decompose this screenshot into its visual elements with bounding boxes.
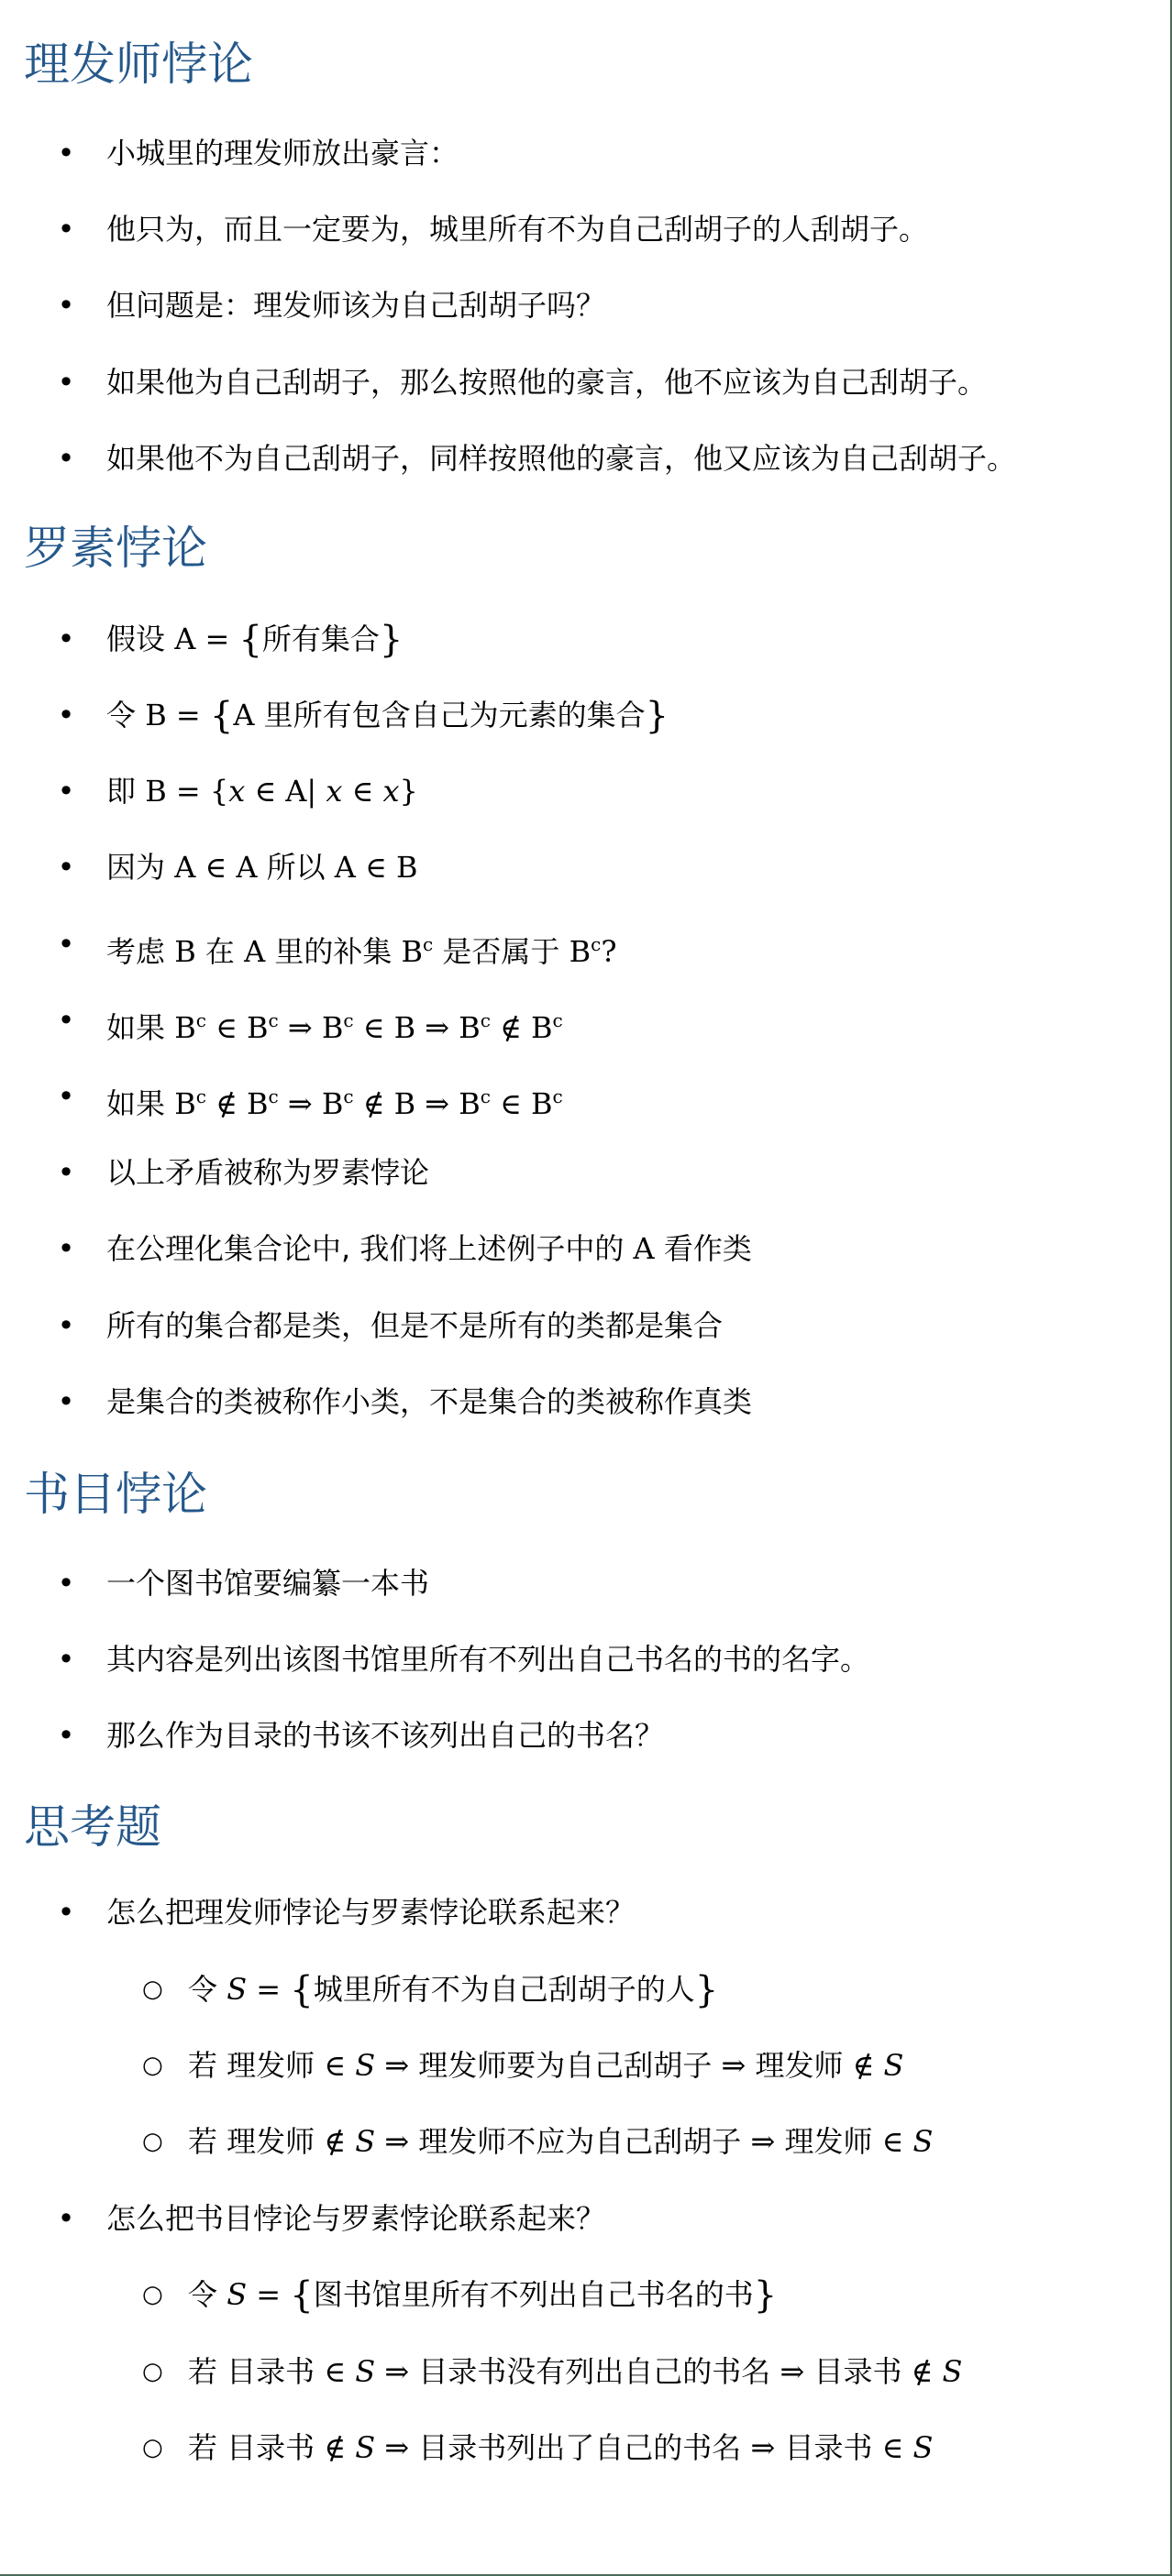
- list-item: 一个图书馆要编纂一本书: [106, 1565, 429, 1602]
- text-segment: 在: [205, 934, 244, 969]
- math-segment: A ∈ B: [335, 850, 418, 885]
- math-segment: S: [884, 2048, 904, 2083]
- math-segment: ∈: [882, 2124, 913, 2159]
- text-segment: 目录书: [784, 2430, 881, 2465]
- text-segment: 所以: [267, 850, 335, 885]
- math-segment: S: [913, 2430, 934, 2465]
- math-segment: ∈: [342, 774, 382, 809]
- section-heading: 书目悖论: [24, 1467, 207, 1522]
- bullet-circle-icon: ○: [142, 2047, 160, 2084]
- text-segment: 若 理发师: [188, 2124, 324, 2159]
- math-segment: ∉ B: [206, 1086, 269, 1121]
- text-segment: 理发师要为自己刮胡子: [418, 2048, 721, 2083]
- math-segment: ⇒: [721, 2048, 755, 2083]
- bullet-disc-icon: •: [57, 1078, 75, 1115]
- math-segment: ⇒: [375, 2048, 418, 2083]
- math-segment: S: [913, 2124, 934, 2159]
- math-segment: B: [402, 934, 424, 969]
- list-item: 如果他不为自己刮胡子，同样按照他的豪言，他又应该为自己刮胡子。: [106, 440, 1016, 477]
- math-segment: }: [695, 1969, 718, 2011]
- text-segment: 即: [106, 774, 145, 809]
- text-segment: 令: [106, 698, 145, 732]
- math-segment: ⇒ B: [279, 1086, 344, 1121]
- math-segment: c: [196, 1085, 206, 1107]
- list-item: 所有的集合都是类，但是不是所有的类都是集合: [106, 1307, 723, 1344]
- sub-list-item: 令 S = {图书馆里所有不列出自己书名的书}: [188, 2276, 777, 2314]
- math-segment: A ∈ A: [174, 850, 266, 885]
- math-segment: ∈ B ⇒ B: [354, 1010, 481, 1045]
- math-segment: B: [174, 1010, 196, 1045]
- math-segment: A: [634, 1231, 664, 1266]
- text-segment: 所有的集合都是类，但是不是所有的类都是集合: [106, 1308, 723, 1343]
- list-item: 即 B = {x ∈ A| x ∈ x}: [106, 773, 418, 809]
- math-segment: x: [382, 774, 399, 809]
- sub-list-item: 若 理发师 ∉ S ⇒ 理发师不应为自己刮胡子 ⇒ 理发师 ∈ S: [188, 2123, 933, 2160]
- list-item: 如果 Bc ∈ Bc ⇒ Bc ∈ B ⇒ Bc ∉ Bc: [106, 1002, 563, 1046]
- list-item: 小城里的理发师放出豪言：: [106, 135, 459, 171]
- list-item: 考虑 B 在 A 里的补集 Bc 是否属于 Bc?: [106, 926, 616, 970]
- math-segment: ⇒ B: [279, 1010, 344, 1045]
- math-segment: ∉ B: [491, 1010, 553, 1045]
- list-item: 怎么把书目悖论与罗素悖论联系起来？: [106, 2200, 605, 2237]
- text-segment: 一个图书馆要编纂一本书: [106, 1566, 429, 1601]
- list-item: 以上矛盾被称为罗素悖论: [106, 1154, 429, 1191]
- math-segment: c: [591, 933, 601, 955]
- text-segment: 目录书: [813, 2354, 911, 2389]
- bullet-disc-icon: •: [57, 1383, 75, 1420]
- bullet-circle-icon: ○: [142, 1971, 160, 2008]
- math-segment: B =: [145, 698, 210, 732]
- math-segment: {: [290, 2274, 313, 2317]
- math-segment: ⇒: [779, 2354, 813, 2389]
- text-segment: 但问题是：理发师该为自己刮胡子吗？: [106, 288, 605, 323]
- list-item: 那么作为目录的书该不该列出自己的书名？: [106, 1717, 664, 1754]
- math-segment: B = {: [145, 774, 228, 809]
- text-segment: 他只为，而且一定要为，城里所有不为自己刮胡子的人刮胡子。: [106, 212, 928, 247]
- math-segment: ?: [601, 934, 616, 969]
- text-segment: 在公理化集合论中, 我们将上述例子中的: [106, 1231, 634, 1266]
- bullet-disc-icon: •: [57, 440, 75, 477]
- text-segment: 所有集合: [262, 622, 380, 656]
- bullet-disc-icon: •: [57, 621, 75, 657]
- math-segment: ∈: [882, 2430, 913, 2465]
- bullet-disc-icon: •: [57, 364, 75, 401]
- math-segment: {: [238, 619, 261, 661]
- math-segment: x: [326, 774, 342, 809]
- math-segment: c: [196, 1009, 206, 1031]
- text-segment: 城里所有不为自己刮胡子的人: [314, 1972, 695, 2007]
- bullet-disc-icon: •: [57, 1230, 75, 1267]
- text-segment: 令: [188, 2277, 227, 2312]
- sub-list-item: 若 理发师 ∈ S ⇒ 理发师要为自己刮胡子 ⇒ 理发师 ∉ S: [188, 2047, 903, 2084]
- sub-list-item: 若 目录书 ∉ S ⇒ 目录书列出了自己的书名 ⇒ 目录书 ∈ S: [188, 2429, 933, 2466]
- math-segment: x: [228, 774, 245, 809]
- math-segment: ⇒: [375, 2354, 418, 2389]
- text-segment: 如果: [106, 1010, 174, 1045]
- bullet-circle-icon: ○: [142, 2429, 160, 2466]
- text-segment: 怎么把书目悖论与罗素悖论联系起来？: [106, 2201, 605, 2236]
- list-item: 他只为，而且一定要为，城里所有不为自己刮胡子的人刮胡子。: [106, 211, 928, 248]
- math-segment: ⇒: [750, 2124, 784, 2159]
- text-segment: 若 目录书: [188, 2430, 324, 2465]
- math-segment: }: [380, 619, 403, 661]
- text-segment: 目录书列出了自己的书名: [418, 2430, 750, 2465]
- list-item: 但问题是：理发师该为自己刮胡子吗？: [106, 287, 605, 324]
- math-segment: ∉ B ⇒ B: [354, 1086, 481, 1121]
- bullet-disc-icon: •: [57, 849, 75, 886]
- bullet-disc-icon: •: [57, 287, 75, 324]
- bullet-disc-icon: •: [57, 2200, 75, 2237]
- math-segment: }: [754, 2274, 777, 2317]
- text-segment: 考虑: [106, 934, 174, 969]
- bullet-disc-icon: •: [57, 135, 75, 171]
- bullet-disc-icon: •: [57, 697, 75, 733]
- math-segment: S: [227, 1972, 247, 2007]
- math-segment: }: [646, 695, 669, 737]
- math-segment: {: [290, 1969, 313, 2011]
- math-segment: S: [943, 2354, 963, 2389]
- math-segment: ∉: [324, 2430, 355, 2465]
- document-page: 理发师悖论•小城里的理发师放出豪言：•他只为，而且一定要为，城里所有不为自己刮胡…: [0, 0, 1172, 2576]
- bullet-disc-icon: •: [57, 1894, 75, 1931]
- list-item: 如果 Bc ∉ Bc ⇒ Bc ∉ B ⇒ Bc ∈ Bc: [106, 1078, 563, 1122]
- math-segment: =: [247, 1972, 290, 2007]
- math-segment: B: [174, 1086, 196, 1121]
- math-segment: c: [423, 933, 433, 955]
- section-heading: 理发师悖论: [24, 37, 253, 92]
- math-segment: c: [343, 1085, 353, 1107]
- math-segment: }: [399, 774, 417, 809]
- math-segment: {: [210, 695, 233, 737]
- math-segment: c: [553, 1085, 563, 1107]
- bullet-disc-icon: •: [57, 1717, 75, 1754]
- bullet-disc-icon: •: [57, 1641, 75, 1678]
- text-segment: 若 理发师: [188, 2048, 324, 2083]
- text-segment: 理发师不应为自己刮胡子: [418, 2124, 750, 2159]
- list-item: 因为 A ∈ A 所以 A ∈ B: [106, 849, 417, 886]
- text-segment: 里的补集: [274, 934, 401, 969]
- text-segment: 令: [188, 1972, 227, 2007]
- bullet-disc-icon: •: [57, 926, 75, 963]
- math-segment: A: [233, 698, 263, 732]
- text-segment: 是集合的类被称作小类，不是集合的类被称作真类: [106, 1384, 752, 1419]
- text-segment: 若 目录书: [188, 2354, 324, 2389]
- bullet-disc-icon: •: [57, 211, 75, 248]
- math-segment: B: [174, 934, 205, 969]
- math-segment: c: [268, 1085, 278, 1107]
- math-segment: ∈ B: [491, 1086, 553, 1121]
- math-segment: S: [227, 2277, 247, 2312]
- bullet-disc-icon: •: [57, 1002, 75, 1039]
- text-segment: 如果他不为自己刮胡子，同样按照他的豪言，他又应该为自己刮胡子。: [106, 441, 1016, 476]
- list-item: 令 B = {A 里所有包含自己为元素的集合}: [106, 697, 669, 734]
- math-segment: B: [569, 934, 592, 969]
- list-item: 假设 A = {所有集合}: [106, 621, 403, 658]
- bullet-disc-icon: •: [57, 1154, 75, 1191]
- text-segment: 理发师: [784, 2124, 881, 2159]
- math-segment: A: [244, 934, 274, 969]
- text-segment: 图书馆里所有不列出自己书名的书: [314, 2277, 754, 2312]
- list-item: 其内容是列出该图书馆里所有不列出自己书名的书的名字。: [106, 1641, 869, 1678]
- bullet-circle-icon: ○: [142, 2123, 160, 2160]
- text-segment: 怎么把理发师悖论与罗素悖论联系起来？: [106, 1895, 635, 1930]
- text-segment: 其内容是列出该图书馆里所有不列出自己书名的书的名字。: [106, 1642, 869, 1677]
- text-segment: 以上矛盾被称为罗素悖论: [106, 1155, 429, 1190]
- text-segment: 是否属于: [433, 934, 569, 969]
- math-segment: S: [355, 2048, 375, 2083]
- math-segment: =: [247, 2277, 290, 2312]
- bullet-disc-icon: •: [57, 1307, 75, 1344]
- math-segment: ⇒: [750, 2430, 784, 2465]
- section-heading: 思考题: [24, 1800, 161, 1855]
- list-item: 怎么把理发师悖论与罗素悖论联系起来？: [106, 1894, 635, 1931]
- math-segment: ∉: [912, 2354, 943, 2389]
- math-segment: ∈: [324, 2048, 355, 2083]
- text-segment: 目录书没有列出自己的书名: [418, 2354, 779, 2389]
- bullet-circle-icon: ○: [142, 2353, 160, 2390]
- math-segment: ⇒: [375, 2124, 418, 2159]
- text-segment: 那么作为目录的书该不该列出自己的书名？: [106, 1718, 664, 1753]
- bullet-disc-icon: •: [57, 1565, 75, 1602]
- section-heading: 罗素悖论: [24, 521, 207, 576]
- sub-list-item: 令 S = {城里所有不为自己刮胡子的人}: [188, 1971, 718, 2009]
- text-segment: 小城里的理发师放出豪言：: [106, 136, 459, 171]
- math-segment: S: [355, 2430, 375, 2465]
- text-segment: 假设: [106, 622, 174, 656]
- sub-list-item: 若 目录书 ∈ S ⇒ 目录书没有列出自己的书名 ⇒ 目录书 ∉ S: [188, 2353, 962, 2390]
- bullet-disc-icon: •: [57, 773, 75, 809]
- list-item: 如果他为自己刮胡子，那么按照他的豪言，他不应该为自己刮胡子。: [106, 364, 987, 401]
- math-segment: ∉: [853, 2048, 884, 2083]
- math-segment: S: [355, 2124, 375, 2159]
- math-segment: c: [268, 1009, 278, 1031]
- math-segment: ⇒: [375, 2430, 418, 2465]
- math-segment: c: [481, 1009, 491, 1031]
- bullet-circle-icon: ○: [142, 2276, 160, 2313]
- math-segment: A =: [174, 622, 238, 656]
- math-segment: ∈: [324, 2354, 355, 2389]
- list-item: 是集合的类被称作小类，不是集合的类被称作真类: [106, 1383, 752, 1420]
- list-item: 在公理化集合论中, 我们将上述例子中的 A 看作类: [106, 1230, 752, 1267]
- math-segment: c: [553, 1009, 563, 1031]
- text-segment: 如果: [106, 1086, 174, 1121]
- math-segment: S: [355, 2354, 375, 2389]
- math-segment: ∈ A|: [245, 774, 326, 809]
- text-segment: 看作类: [664, 1231, 752, 1266]
- math-segment: ∈ B: [206, 1010, 269, 1045]
- math-segment: ∉: [324, 2124, 355, 2159]
- text-segment: 如果他为自己刮胡子，那么按照他的豪言，他不应该为自己刮胡子。: [106, 365, 987, 400]
- text-segment: 里所有包含自己为元素的集合: [264, 698, 646, 732]
- text-segment: 理发师: [755, 2048, 852, 2083]
- math-segment: c: [343, 1009, 353, 1031]
- math-segment: c: [481, 1085, 491, 1107]
- text-segment: 因为: [106, 850, 174, 885]
